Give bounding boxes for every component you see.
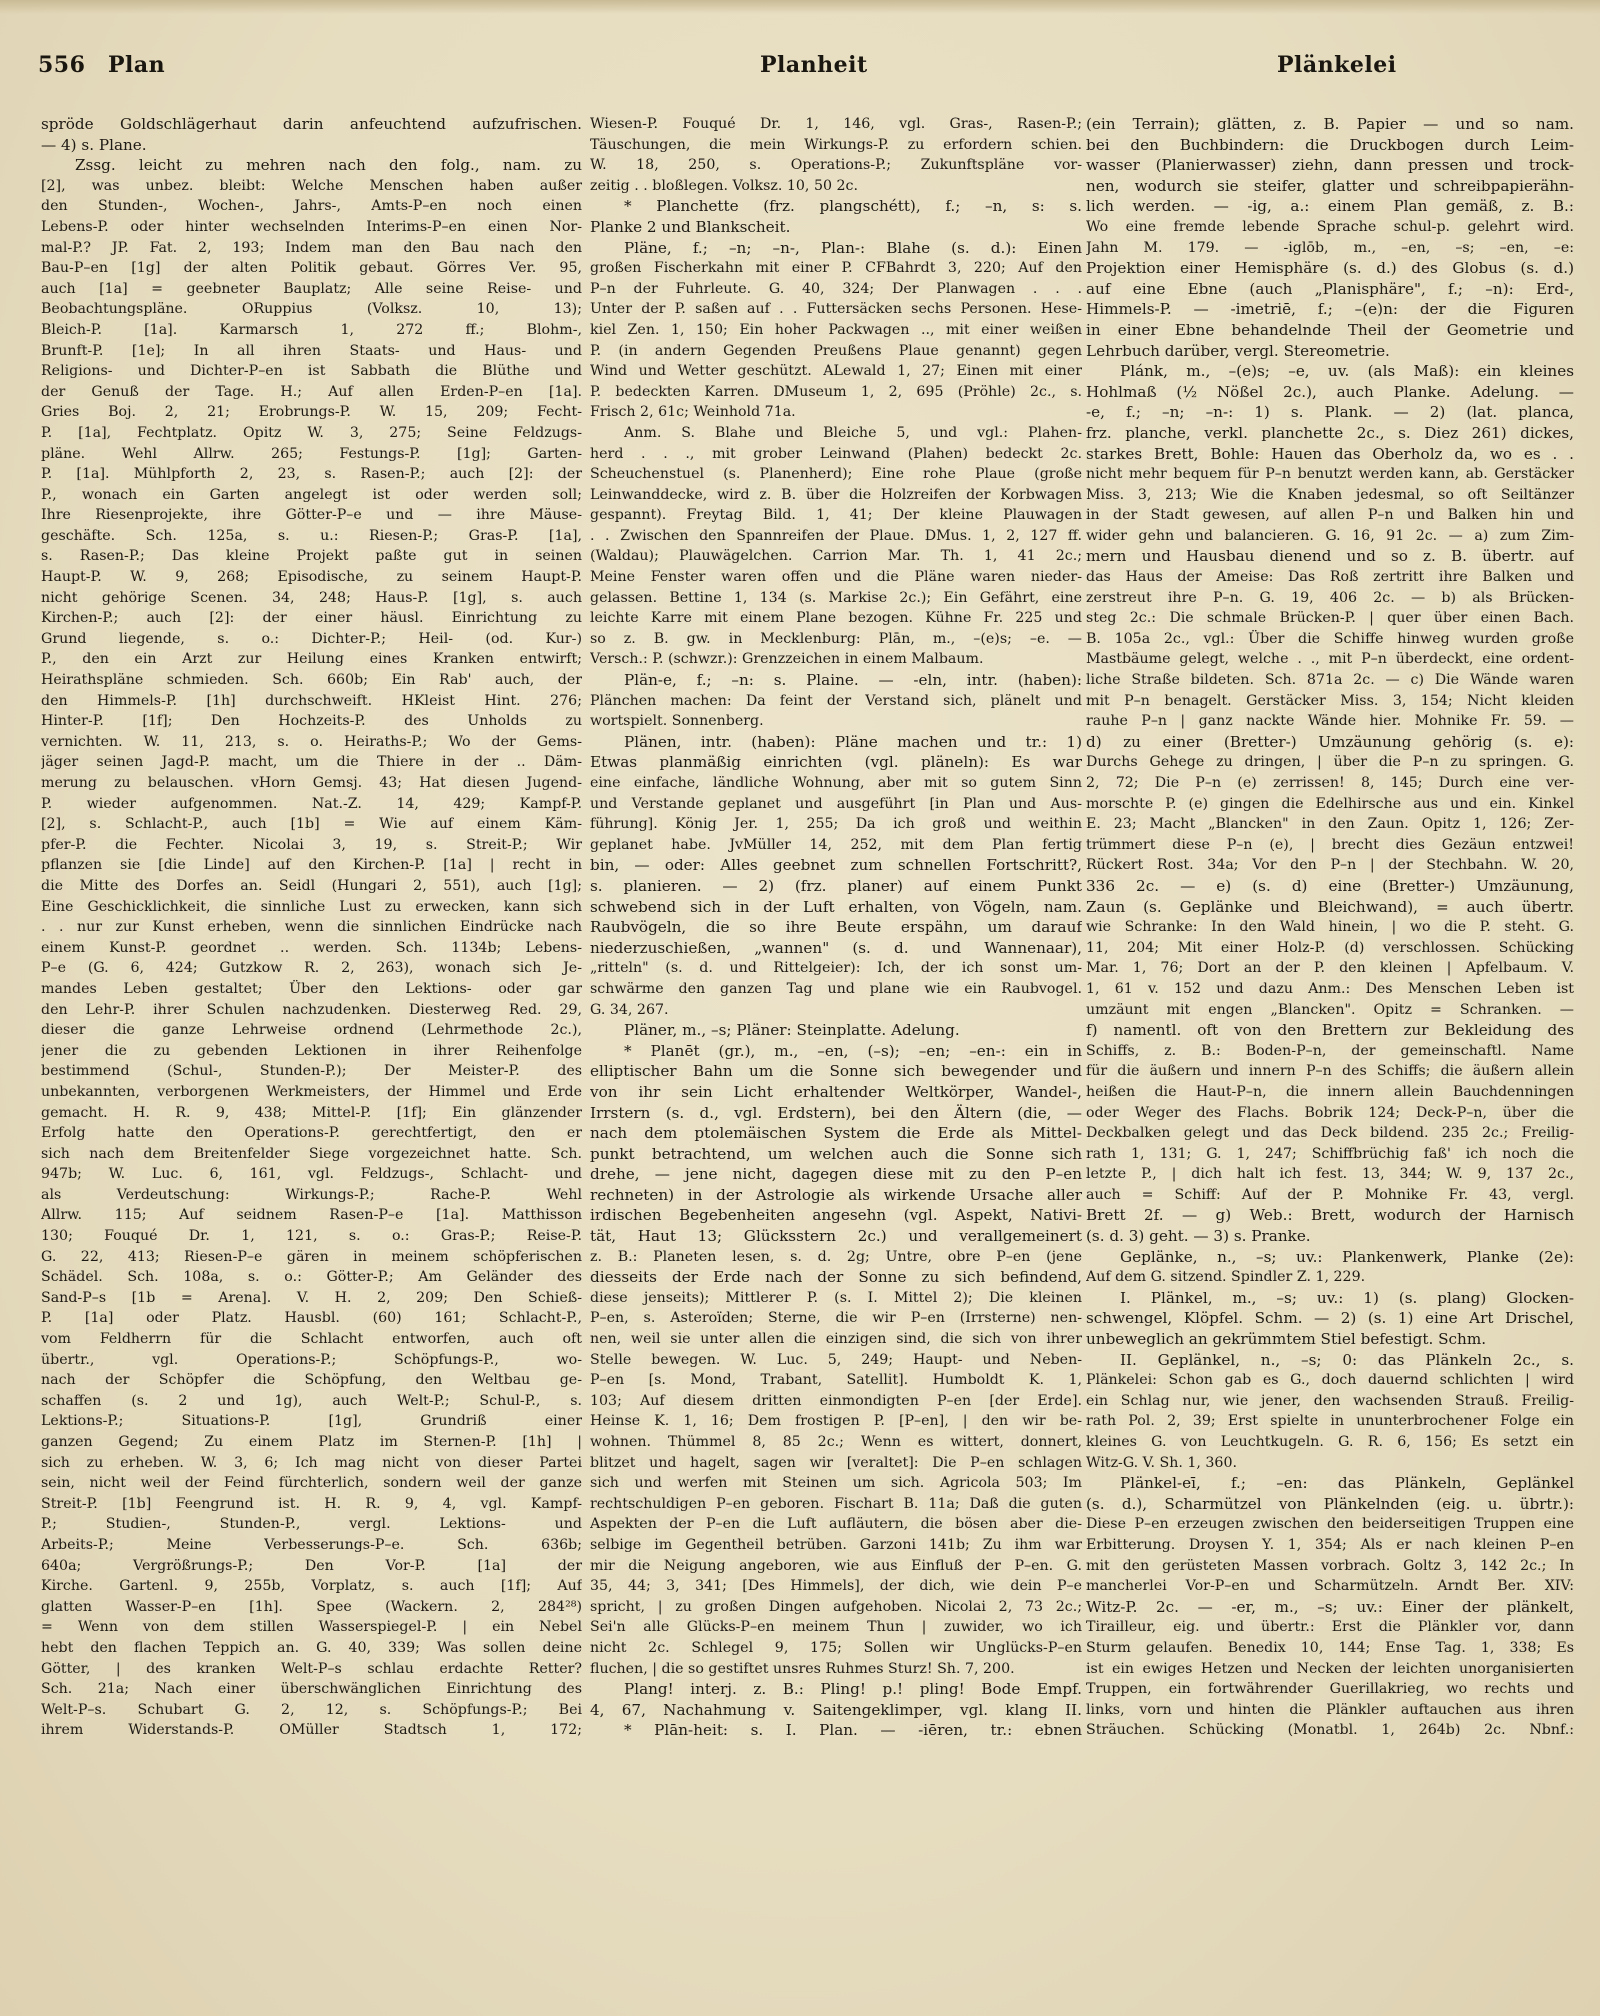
- text-line: elliptischer Bahn um die Sonne sich bewe…: [590, 1061, 1082, 1082]
- text-line: bestimmend (Schul-, Stunden-P.); Der Mei…: [41, 1061, 582, 1082]
- right-running-head: Plänkelei: [1277, 52, 1397, 78]
- text-line: [2], was unbez. bleibt: Welche Menschen …: [41, 176, 582, 197]
- text-line: mir die Neigung angeboren, wie aus Einfl…: [590, 1556, 1082, 1577]
- text-line: links, vorn und hinten die Plänkler auft…: [1086, 1700, 1574, 1721]
- text-line: Plän-e, f.; –n: s. Plaine. — -eln, intr.…: [590, 670, 1082, 691]
- running-header: 556 Plan Planheit Plänkelei: [0, 52, 1600, 92]
- text-line: Frisch 2, 61c; Weinhold 71a.: [590, 402, 1082, 423]
- text-line: P–n der Fuhrleute. G. 40, 324; Der Planw…: [590, 279, 1082, 300]
- text-line: mit P–n benagelt. Gerstäcker Miss. 3, 15…: [1086, 691, 1574, 712]
- text-line: B. 105a 2c., vgl.: Über die Schiffe hinw…: [1086, 629, 1574, 650]
- text-line: wortspielt. Sonnenberg.: [590, 711, 1082, 732]
- text-line: für die äußern und innern P–n des Schiff…: [1086, 1061, 1574, 1082]
- text-line: Plänkel-eī, f.; –en: das Plänkeln, Geplä…: [1086, 1473, 1574, 1494]
- text-line: das Haus der Ameise: Das Roß zertritt ih…: [1086, 567, 1574, 588]
- text-line: Himmels-P. — -imetriē, f.; –(e)n: der di…: [1086, 299, 1574, 320]
- text-line: Wind und Wetter geschützt. ALewald 1, 27…: [590, 361, 1082, 382]
- text-line: drehe, — jene nicht, dagegen diese mit z…: [590, 1164, 1082, 1185]
- text-line: Etwas planmäßig einrichten (vgl. pläneln…: [590, 752, 1082, 773]
- text-line: Grund liegende, s. o.: Dichter-P.; Heil-…: [41, 629, 582, 650]
- dictionary-page: 556 Plan Planheit Plänkelei spröde Golds…: [0, 0, 1600, 2016]
- text-line: gespannt). Freytag Bild. 1, 41; Der klei…: [590, 505, 1082, 526]
- text-line: hebt den flachen Teppich an. G. 40, 339;…: [41, 1638, 582, 1659]
- text-line: Aspekten der P–en die Luft aufläutern, d…: [590, 1514, 1082, 1535]
- text-line: Haupt-P. W. 9, 268; Episodische, zu sein…: [41, 567, 582, 588]
- text-line: -e, f.; –n; –n-: 1) s. Plank. — 2) (lat.…: [1086, 402, 1574, 423]
- text-line: Geplänke, n., –s; uv.: Plankenwerk, Plan…: [1086, 1247, 1574, 1268]
- text-line: Götter, | des kranken Welt-P–s schlau er…: [41, 1659, 582, 1680]
- text-line: nicht 2c. Schlegel 9, 175; Sollen wir Un…: [590, 1638, 1082, 1659]
- text-line: kiel Zen. 1, 150; Ein hoher Packwagen ..…: [590, 320, 1082, 341]
- text-line: Erfolg hatte den Operations-P. gerechtfe…: [41, 1123, 582, 1144]
- text-line: I. Plänkel, m., –s; uv.: 1) (s. plang) G…: [1086, 1288, 1574, 1309]
- text-line: geschäfte. Sch. 125a, s. u.: Riesen-P.; …: [41, 526, 582, 547]
- text-line: . . nur zur Kunst erheben, wenn die sinn…: [41, 917, 582, 938]
- text-line: blitzet und hagelt, sagen wir [veraltet]…: [590, 1453, 1082, 1474]
- text-line: gemacht. H. R. 9, 438; Mittel-P. [1f]; E…: [41, 1103, 582, 1124]
- text-line: Brett 2f. — g) Web.: Brett, wodurch der …: [1086, 1205, 1574, 1226]
- text-line: Welt-P–s. Schubart G. 2, 12, s. Schöpfun…: [41, 1700, 582, 1721]
- text-line: diesseits der Erde nach der Sonne zu sic…: [590, 1267, 1082, 1288]
- text-line: nicht gehörige Scenen. 34, 248; Haus-P. …: [41, 588, 582, 609]
- text-line: merung zu belauschen. vHorn Gemsj. 43; H…: [41, 773, 582, 794]
- text-line: Sturm gelaufen. Benedix 10, 144; Ense Ta…: [1086, 1638, 1574, 1659]
- text-line: Unter der P. saßen auf . . Futtersäcken …: [590, 299, 1082, 320]
- text-line: Plänen, intr. (haben): Pläne machen und …: [590, 732, 1082, 753]
- text-line: gelassen. Bettine 1, 134 (s. Markise 2c.…: [590, 588, 1082, 609]
- text-line: Bleich-P. [1a]. Karmarsch 1, 272 ff.; Bl…: [41, 320, 582, 341]
- text-line: P–en [s. Mond, Trabant, Satellit]. Humbo…: [590, 1370, 1082, 1391]
- text-line: als Verdeutschung: Wirkungs-P.; Rache-P.…: [41, 1185, 582, 1206]
- text-line: 2, 72; Die P–n (e) zerrissen! 8, 145; Du…: [1086, 773, 1574, 794]
- text-line: Jahn M. 179. — -iglōb, m., –en, –s; –en,…: [1086, 238, 1574, 259]
- text-line: auch = Schiff: Auf der P. Mohnike Fr. 43…: [1086, 1185, 1574, 1206]
- text-line: spricht, | zu großen Dingen aufgehoben. …: [590, 1597, 1082, 1618]
- column-right: (ein Terrain); glätten, z. B. Papier — u…: [1086, 114, 1574, 1741]
- text-line: großen Fischerkahn mit einer P. CFBahrdt…: [590, 258, 1082, 279]
- text-line: heißen die Haut-P–n, die innern allein B…: [1086, 1082, 1574, 1103]
- text-line: Religions- und Dichter-P–en ist Sabbath …: [41, 361, 582, 382]
- text-line: Versch.: P. (schwzr.): Grenzzeichen in e…: [590, 649, 1082, 670]
- text-line: bin, — oder: Alles geebnet zum schnellen…: [590, 855, 1082, 876]
- text-line: s. Rasen-P.; Das kleine Projekt paßte gu…: [41, 546, 582, 567]
- text-line: trümmert diese P–n (e), | brecht dies Ge…: [1086, 835, 1574, 856]
- text-line: sich nach dem Breitenfelder Siege vorgez…: [41, 1144, 582, 1165]
- text-line: rath Pol. 2, 39; Erst spielte in ununter…: [1086, 1411, 1574, 1432]
- text-line: Bau-P–en [1g] der alten Politik gebaut. …: [41, 258, 582, 279]
- text-line: 4, 67, Nachahmung v. Saitengeklimper, vg…: [590, 1700, 1082, 1721]
- text-line: nen, wodurch sie steifer, glatter und sc…: [1086, 176, 1574, 197]
- text-line: Projektion einer Hemisphäre (s. d.) des …: [1086, 258, 1574, 279]
- text-line: Zssg. leicht zu mehren nach den folg., n…: [41, 155, 582, 176]
- text-line: Brunft-P. [1e]; In all ihren Staats- und…: [41, 341, 582, 362]
- text-line: frz. planche, verkl. planchette 2c., s. …: [1086, 423, 1574, 444]
- text-line: (s. d.), Scharmützel von Plänkelnden (ei…: [1086, 1494, 1574, 1515]
- text-line: Sand-P–s [1b = Arena]. V. H. 2, 209; Den…: [41, 1288, 582, 1309]
- text-line: . . Zwischen den Spannreifen der Plaue. …: [590, 526, 1082, 547]
- text-line: nach der Schöpfer die Schöpfung, den Wel…: [41, 1370, 582, 1391]
- text-line: Durchs Gehege zu dringen, | über die P–n…: [1086, 752, 1574, 773]
- text-line: Deckbalken gelegt und das Deck bildend. …: [1086, 1123, 1574, 1144]
- text-line: * Plān-heit: s. I. Plan. — -iēren, tr.: …: [590, 1720, 1082, 1741]
- text-line: der Genuß der Tage. H.; Auf allen Erden-…: [41, 382, 582, 403]
- text-line: Gries Boj. 2, 21; Erobrungs-P. W. 15, 20…: [41, 402, 582, 423]
- text-line: Scheuchenstuel (s. Planenherd); Eine roh…: [590, 464, 1082, 485]
- text-line: 103; Auf diesem dritten einmondigten P–e…: [590, 1391, 1082, 1412]
- text-line: Meine Fenster waren offen und die Pläne …: [590, 567, 1082, 588]
- text-line: Diese P–en erzeugen zwischen den beiders…: [1086, 1514, 1574, 1535]
- text-line: oder Weger des Flachs. Bobrik 124; Deck-…: [1086, 1103, 1574, 1124]
- center-running-head: Planheit: [760, 52, 868, 78]
- text-line: Sch. 21a; Nach einer überschwänglichen E…: [41, 1679, 582, 1700]
- text-line: kleines G. von Leuchtkugeln. G. R. 6, 15…: [1086, 1432, 1574, 1453]
- text-line: liche Straße bildeten. Sch. 871a 2c. — c…: [1086, 670, 1574, 691]
- left-running-head: Plan: [108, 52, 165, 78]
- text-line: Pläner, m., –s; Pläner: Steinplatte. Ade…: [590, 1020, 1082, 1041]
- text-line: Allrw. 115; Auf seidnem Rasen-P–e [1a]. …: [41, 1205, 582, 1226]
- text-line: den Lehr-P. ihrer Schulen nachzudenken. …: [41, 1000, 582, 1021]
- text-line: P. wieder aufgenommen. Nat.-Z. 14, 429; …: [41, 794, 582, 815]
- text-line: vom Feldherrn für die Schlacht entworfen…: [41, 1329, 582, 1350]
- text-line: unbeweglich an gekrümmtem Stiel befestig…: [1086, 1329, 1574, 1350]
- column-middle: Wiesen-P. Fouqué Dr. 1, 146, vgl. Gras-,…: [590, 114, 1082, 1741]
- text-line: * Planchette (frz. plangschétt), f.; –n,…: [590, 196, 1082, 217]
- text-line: den Stunden-, Wochen-, Jahrs-, Amts-P–en…: [41, 196, 582, 217]
- text-line: mit den gerüsteten Massen vorbrach. Golt…: [1086, 1556, 1574, 1577]
- text-line: leichte Karre mit einem Plane bezogen. K…: [590, 608, 1082, 629]
- text-line: Kirche. Gartenl. 9, 255b, Vorplatz, s. a…: [41, 1576, 582, 1597]
- text-line: zerstreut ihre P–n. G. 19, 406 2c. — b) …: [1086, 588, 1574, 609]
- text-line: Auf dem G. sitzend. Spindler Z. 1, 229.: [1086, 1267, 1574, 1288]
- text-line: übertr., vgl. Operations-P.; Schöpfungs-…: [41, 1350, 582, 1371]
- text-line: nach dem ptolemäischen System die Erde a…: [590, 1123, 1082, 1144]
- column-left: spröde Goldschlägerhaut darin anfeuchten…: [41, 114, 582, 1741]
- text-line: selbige im Gegentheil betrüben. Garzoni …: [590, 1535, 1082, 1556]
- text-line: mern und Hausbau dienend und so z. B. üb…: [1086, 546, 1574, 567]
- text-line: glatten Wasser-P–en [1h]. Spee (Wackern.…: [41, 1597, 582, 1618]
- text-line: von ihr sein Licht erhaltender Weltkörpe…: [590, 1082, 1082, 1103]
- text-line: P–en, s. Asteroïden; Sterne, die wir P–e…: [590, 1308, 1082, 1329]
- text-line: Mar. 1, 76; Dort an der P. den kleinen |…: [1086, 958, 1574, 979]
- text-line: (s. d. 3) geht. — 3) s. Pranke.: [1086, 1226, 1574, 1247]
- text-line: Hinter-P. [1f]; Den Hochzeits-P. des Unh…: [41, 711, 582, 732]
- text-line: zeitig . . bloßlegen. Volksz. 10, 50 2c.: [590, 176, 1082, 197]
- text-line: = Wenn von dem stillen Wasserspiegel-P. …: [41, 1617, 582, 1638]
- text-line: Streit-P. [1b] Feengrund ist. H. R. 9, 4…: [41, 1494, 582, 1515]
- text-line: z. B.: Planeten lesen, s. d. 2g; Untre, …: [590, 1247, 1082, 1268]
- text-line: wasser (Planierwasser) ziehn, dann press…: [1086, 155, 1574, 176]
- text-line: (ein Terrain); glätten, z. B. Papier — u…: [1086, 114, 1574, 135]
- text-line: P., den ein Arzt zur Heilung eines Krank…: [41, 649, 582, 670]
- text-line: P.; Studien-, Stunden-P., vergl. Lektion…: [41, 1514, 582, 1535]
- text-line: ihrem Widerstands-P. OMüller Stadtsch 1,…: [41, 1720, 582, 1741]
- text-line: Pläne, f.; –n; –n-, Plan-: Blahe (s. d.)…: [590, 238, 1082, 259]
- text-line: E. 23; Macht „Blancken" in den Zaun. Opi…: [1086, 814, 1574, 835]
- text-line: s. planieren. — 2) (frz. planer) auf ein…: [590, 876, 1082, 897]
- text-line: P. (in andern Gegenden Preußens Plaue ge…: [590, 341, 1082, 362]
- text-line: „ritteln" (s. d. und Rittelgeier): Ich, …: [590, 958, 1082, 979]
- text-line: P. [1a], Fechtplatz. Opitz W. 3, 275; Se…: [41, 423, 582, 444]
- text-line: 336 2c. — e) (s. d) eine (Bretter-) Umzä…: [1086, 876, 1574, 897]
- text-line: niederzuschießen, „wannen" (s. d. und Wa…: [590, 938, 1082, 959]
- text-line: nen, weil sie unter allen die einzigen s…: [590, 1329, 1082, 1350]
- text-line: P. [1a]. Mühlpforth 2, 23, s. Rasen-P.; …: [41, 464, 582, 485]
- text-line: II. Geplänkel, n., –s; 0: das Plänkeln 2…: [1086, 1350, 1574, 1371]
- text-line: rechtschuldigen P–en geboren. Fischart B…: [590, 1494, 1082, 1515]
- text-line: Witz-P. 2c. — -er, m., –s; uv.: Einer de…: [1086, 1597, 1574, 1618]
- text-line: schwengel, Klöpfel. Schm. — 2) (s. 1) ei…: [1086, 1308, 1574, 1329]
- text-line: fluchen, | die so gestiftet unsres Ruhme…: [590, 1659, 1082, 1680]
- text-line: Sträuchen. Schücking (Monatbl. 1, 264b) …: [1086, 1720, 1574, 1741]
- text-line: den Himmels-P. [1h] durchschweift. HKlei…: [41, 691, 582, 712]
- text-line: eine einfache, ländliche Wohnung, aber m…: [590, 773, 1082, 794]
- text-line: diese jenseits); Mittlerer P. (s. I. Mit…: [590, 1288, 1082, 1309]
- text-line: Stelle bewegen. W. Luc. 5, 249; Haupt- u…: [590, 1350, 1082, 1371]
- text-line: Eine Geschicklichkeit, die sinnliche Lus…: [41, 897, 582, 918]
- text-line: vernichten. W. 11, 213, s. o. Heiraths-P…: [41, 732, 582, 753]
- text-line: punkt betrachtend, um welchen auch die S…: [590, 1144, 1082, 1165]
- text-line: Heinse K. 1, 16; Dem frostigen P. [P–en]…: [590, 1411, 1082, 1432]
- text-line: einem Kunst-P. geordnet .. werden. Sch. …: [41, 938, 582, 959]
- text-line: 640a; Vergrößrungs-P.; Den Vor-P. [1a] d…: [41, 1556, 582, 1577]
- text-line: Mastbäume gelegt, welche . ., mit P–n üb…: [1086, 649, 1574, 670]
- page-edge-shadow: [0, 0, 1600, 14]
- text-line: Zaun (s. Geplänke und Bleichwand), = auc…: [1086, 897, 1574, 918]
- text-line: bei den Buchbindern: die Druckbogen durc…: [1086, 135, 1574, 156]
- text-line: Ihre Riesenprojekte, ihre Götter-P–e und…: [41, 505, 582, 526]
- text-line: Planke 2 und Blankscheit.: [590, 217, 1082, 238]
- text-line: lich werden. — -ig, a.: einem Plan gemäß…: [1086, 196, 1574, 217]
- text-line: d) zu einer (Bretter-) Umzäunung gehörig…: [1086, 732, 1574, 753]
- text-line: tät, Haut 13; Glücksstern 2c.) und veral…: [590, 1226, 1082, 1247]
- text-line: herd . . ., mit grober Leinwand (Plahen)…: [590, 444, 1082, 465]
- text-line: sich zu erheben. W. 3, 6; Ich mag nicht …: [41, 1453, 582, 1474]
- text-line: 35, 44; 3, 341; [Des Himmels], der dich,…: [590, 1576, 1082, 1597]
- text-line: Arbeits-P.; Meine Verbesserungs-P–e. Sch…: [41, 1535, 582, 1556]
- text-line: wie Schranke: In den Wald hinein, | wo d…: [1086, 917, 1574, 938]
- text-line: rechneten) in der Astrologie als wirkend…: [590, 1185, 1082, 1206]
- text-line: Plang! interj. z. B.: Pling! p.! pling! …: [590, 1679, 1082, 1700]
- text-line: und Verstande geplanet und ausgeführt [i…: [590, 794, 1082, 815]
- text-line: Rückert Rost. 34a; Vor den P–n | der Ste…: [1086, 855, 1574, 876]
- text-line: Plänchen machen: Da feint der Verstand s…: [590, 691, 1082, 712]
- text-line: Lehrbuch darüber, vergl. Stereometrie.: [1086, 341, 1574, 362]
- text-line: [2], s. Schlacht-P., auch [1b] = Wie auf…: [41, 814, 582, 835]
- text-line: Lebens-P. oder hinter wechselnden Interi…: [41, 217, 582, 238]
- text-line: G. 22, 413; Riesen-P–e gären in meinem s…: [41, 1247, 582, 1268]
- text-line: auch [1a] = geebneter Bauplatz; Alle sei…: [41, 279, 582, 300]
- text-line: Irrstern (s. d., vgl. Erdstern), bei den…: [590, 1103, 1082, 1124]
- text-line: führung]. König Jer. 1, 255; Da ich groß…: [590, 814, 1082, 835]
- text-line: auf eine Ebne (auch „Planisphäre", f.; –…: [1086, 279, 1574, 300]
- text-line: Schädel. Sch. 108a, s. o.: Götter-P.; Am…: [41, 1267, 582, 1288]
- text-line: Truppen, ein fortwährender Guerillakrieg…: [1086, 1679, 1574, 1700]
- text-line: ein Schlag nur, wie jener, den wachsende…: [1086, 1391, 1574, 1412]
- text-line: schwärme den ganzen Tag und plane wie ei…: [590, 979, 1082, 1000]
- text-line: G. 34, 267.: [590, 1000, 1082, 1021]
- text-line: Täuschungen, die mein Wirkungs-P. zu erf…: [590, 135, 1082, 156]
- text-line: Tirailleur, eig. und übertr.: Erst die P…: [1086, 1617, 1574, 1638]
- text-line: 1, 61 v. 152 und dazu Anm.: Des Menschen…: [1086, 979, 1574, 1000]
- text-line: pläne. Wehl Allrw. 265; Festungs-P. [1g]…: [41, 444, 582, 465]
- text-line: steg 2c.: Die schmale Brücken-P. | quer …: [1086, 608, 1574, 629]
- text-line: Miss. 3, 213; Wie die Knaben jedesmal, s…: [1086, 485, 1574, 506]
- text-line: (Waldau); Plauwägelchen. Carrion Mar. Th…: [590, 546, 1082, 567]
- text-line: unbekannten, verborgenen Werkmeisters, d…: [41, 1082, 582, 1103]
- text-line: f) namentl. oft von den Brettern zur Bek…: [1086, 1020, 1574, 1041]
- text-line: Witz-G. V. Sh. 1, 360.: [1086, 1453, 1574, 1474]
- text-line: dieser die ganze Lehrweise ordnend (Lehr…: [41, 1020, 582, 1041]
- text-line: W. 18, 250, s. Operations-P.; Zukunftspl…: [590, 155, 1082, 176]
- text-line: wider gehn und balancieren. G. 16, 91 2c…: [1086, 526, 1574, 547]
- text-line: Wo eine fremde lebende Sprache schul-p. …: [1086, 217, 1574, 238]
- text-line: jener die zu gebenden Lektionen in ihrer…: [41, 1041, 582, 1062]
- text-line: nicht mehr bequem für P–n benutzt werden…: [1086, 464, 1574, 485]
- text-line: 947b; W. Luc. 6, 161, vgl. Feldzugs-, Sc…: [41, 1164, 582, 1185]
- text-line: wohnen. Thümmel 8, 85 2c.; Wenn es witte…: [590, 1432, 1082, 1453]
- text-line: pfer-P. die Fechter. Nicolai 3, 19, s. S…: [41, 835, 582, 856]
- text-line: letzte P., | dich halt ich fest. 13, 344…: [1086, 1164, 1574, 1185]
- text-line: Anm. S. Blahe und Bleiche 5, und vgl.: P…: [590, 423, 1082, 444]
- text-line: — 4) s. Plane.: [41, 135, 582, 156]
- text-line: ist ein ewiges Hetzen und Necken der lei…: [1086, 1659, 1574, 1680]
- text-line: Kirchen-P.; auch [2]: der einer häusl. E…: [41, 608, 582, 629]
- text-line: Lektions-P.; Situations-P. [1g], Grundri…: [41, 1411, 582, 1432]
- text-line: mal-P.? JP. Fat. 2, 193; Indem man den B…: [41, 238, 582, 259]
- text-line: 130; Fouqué Dr. 1, 121, s. o.: Gras-P.; …: [41, 1226, 582, 1247]
- text-line: Plánk, m., –(e)s; –e, uv. (als Maß): ein…: [1086, 361, 1574, 382]
- text-line: mancherlei Vor-P–en und Scharmützeln. Ar…: [1086, 1576, 1574, 1597]
- text-line: Beobachtungspläne. ORuppius (Volksz. 10,…: [41, 299, 582, 320]
- text-line: die Mitte des Dorfes an. Seidl (Hungari …: [41, 876, 582, 897]
- text-line: umzäunt mit engen „Blancken". Opitz = Sc…: [1086, 1000, 1574, 1021]
- text-line: P., wonach ein Garten angelegt ist oder …: [41, 485, 582, 506]
- text-line: so z. B. gw. in Mecklenburg: Plān, m., –…: [590, 629, 1082, 650]
- text-line: P. [1a] oder Platz. Hausbl. (60) 161; Sc…: [41, 1308, 582, 1329]
- text-line: Heirathspläne schmieden. Sch. 660b; Ein …: [41, 670, 582, 691]
- text-line: rauhe P–n | ganz nackte Wände hier. Mohn…: [1086, 711, 1574, 732]
- text-line: Plänkelei: Schon gab es G., doch dauernd…: [1086, 1370, 1574, 1391]
- text-line: starkes Brett, Bohle: Hauen das Oberholz…: [1086, 444, 1574, 465]
- text-line: Wiesen-P. Fouqué Dr. 1, 146, vgl. Gras-,…: [590, 114, 1082, 135]
- text-line: * Planēt (gr.), m., –en, (–s); –en; –en-…: [590, 1041, 1082, 1062]
- text-line: ganzen Gegend; Zu einem Platz im Sternen…: [41, 1432, 582, 1453]
- text-line: rath 1, 131; G. 1, 247; Schiffbrüchig fa…: [1086, 1144, 1574, 1165]
- text-line: Leinwanddecke, wird z. B. über die Holzr…: [590, 485, 1082, 506]
- text-line: Sei'n alle Glücks-P–en meinem Thun | zuw…: [590, 1617, 1082, 1638]
- text-line: P. bedeckten Karren. DMuseum 1, 2, 695 (…: [590, 382, 1082, 403]
- text-line: 11, 204; Mit einer Holz-P. (d) verschlos…: [1086, 938, 1574, 959]
- text-line: Schiffs, z. B.: Boden-P–n, der gemeinsch…: [1086, 1041, 1574, 1062]
- text-line: in einer Ebne behandelnde Theil der Geom…: [1086, 320, 1574, 341]
- text-line: spröde Goldschlägerhaut darin anfeuchten…: [41, 114, 582, 135]
- text-line: irdischen Begebenheiten angesehn (vgl. A…: [590, 1205, 1082, 1226]
- text-line: mandes Leben gestaltet; Über den Lektion…: [41, 979, 582, 1000]
- text-line: schaffen (s. 2 und 1g), auch Welt-P.; Sc…: [41, 1391, 582, 1412]
- text-line: Erbitterung. Droysen Y. 1, 354; Als er n…: [1086, 1535, 1574, 1556]
- text-line: pflanzen sie [die Linde] auf den Kirchen…: [41, 855, 582, 876]
- text-line: in der Stadt gewesen, auf allen P–n und …: [1086, 505, 1574, 526]
- text-line: Raubvögeln, die so ihre Beute erspähn, u…: [590, 917, 1082, 938]
- text-line: Hohlmaß (½ Nößel 2c.), auch Planke. Adel…: [1086, 382, 1574, 403]
- text-line: jäger seinen Jagd-P. macht, um die Thier…: [41, 752, 582, 773]
- text-line: sein, nicht weil der Feind fürchterlich,…: [41, 1473, 582, 1494]
- text-line: P–e (G. 6, 424; Gutzkow R. 2, 263), wona…: [41, 958, 582, 979]
- text-line: geplanet habe. JvMüller 14, 252, mit dem…: [590, 835, 1082, 856]
- text-line: schwebend sich in der Luft erhalten, von…: [590, 897, 1082, 918]
- text-line: morschte P. (e) gingen die Edelhirsche a…: [1086, 794, 1574, 815]
- text-line: sich und werfen mit Steinen um sich. Agr…: [590, 1473, 1082, 1494]
- page-number: 556: [38, 52, 85, 78]
